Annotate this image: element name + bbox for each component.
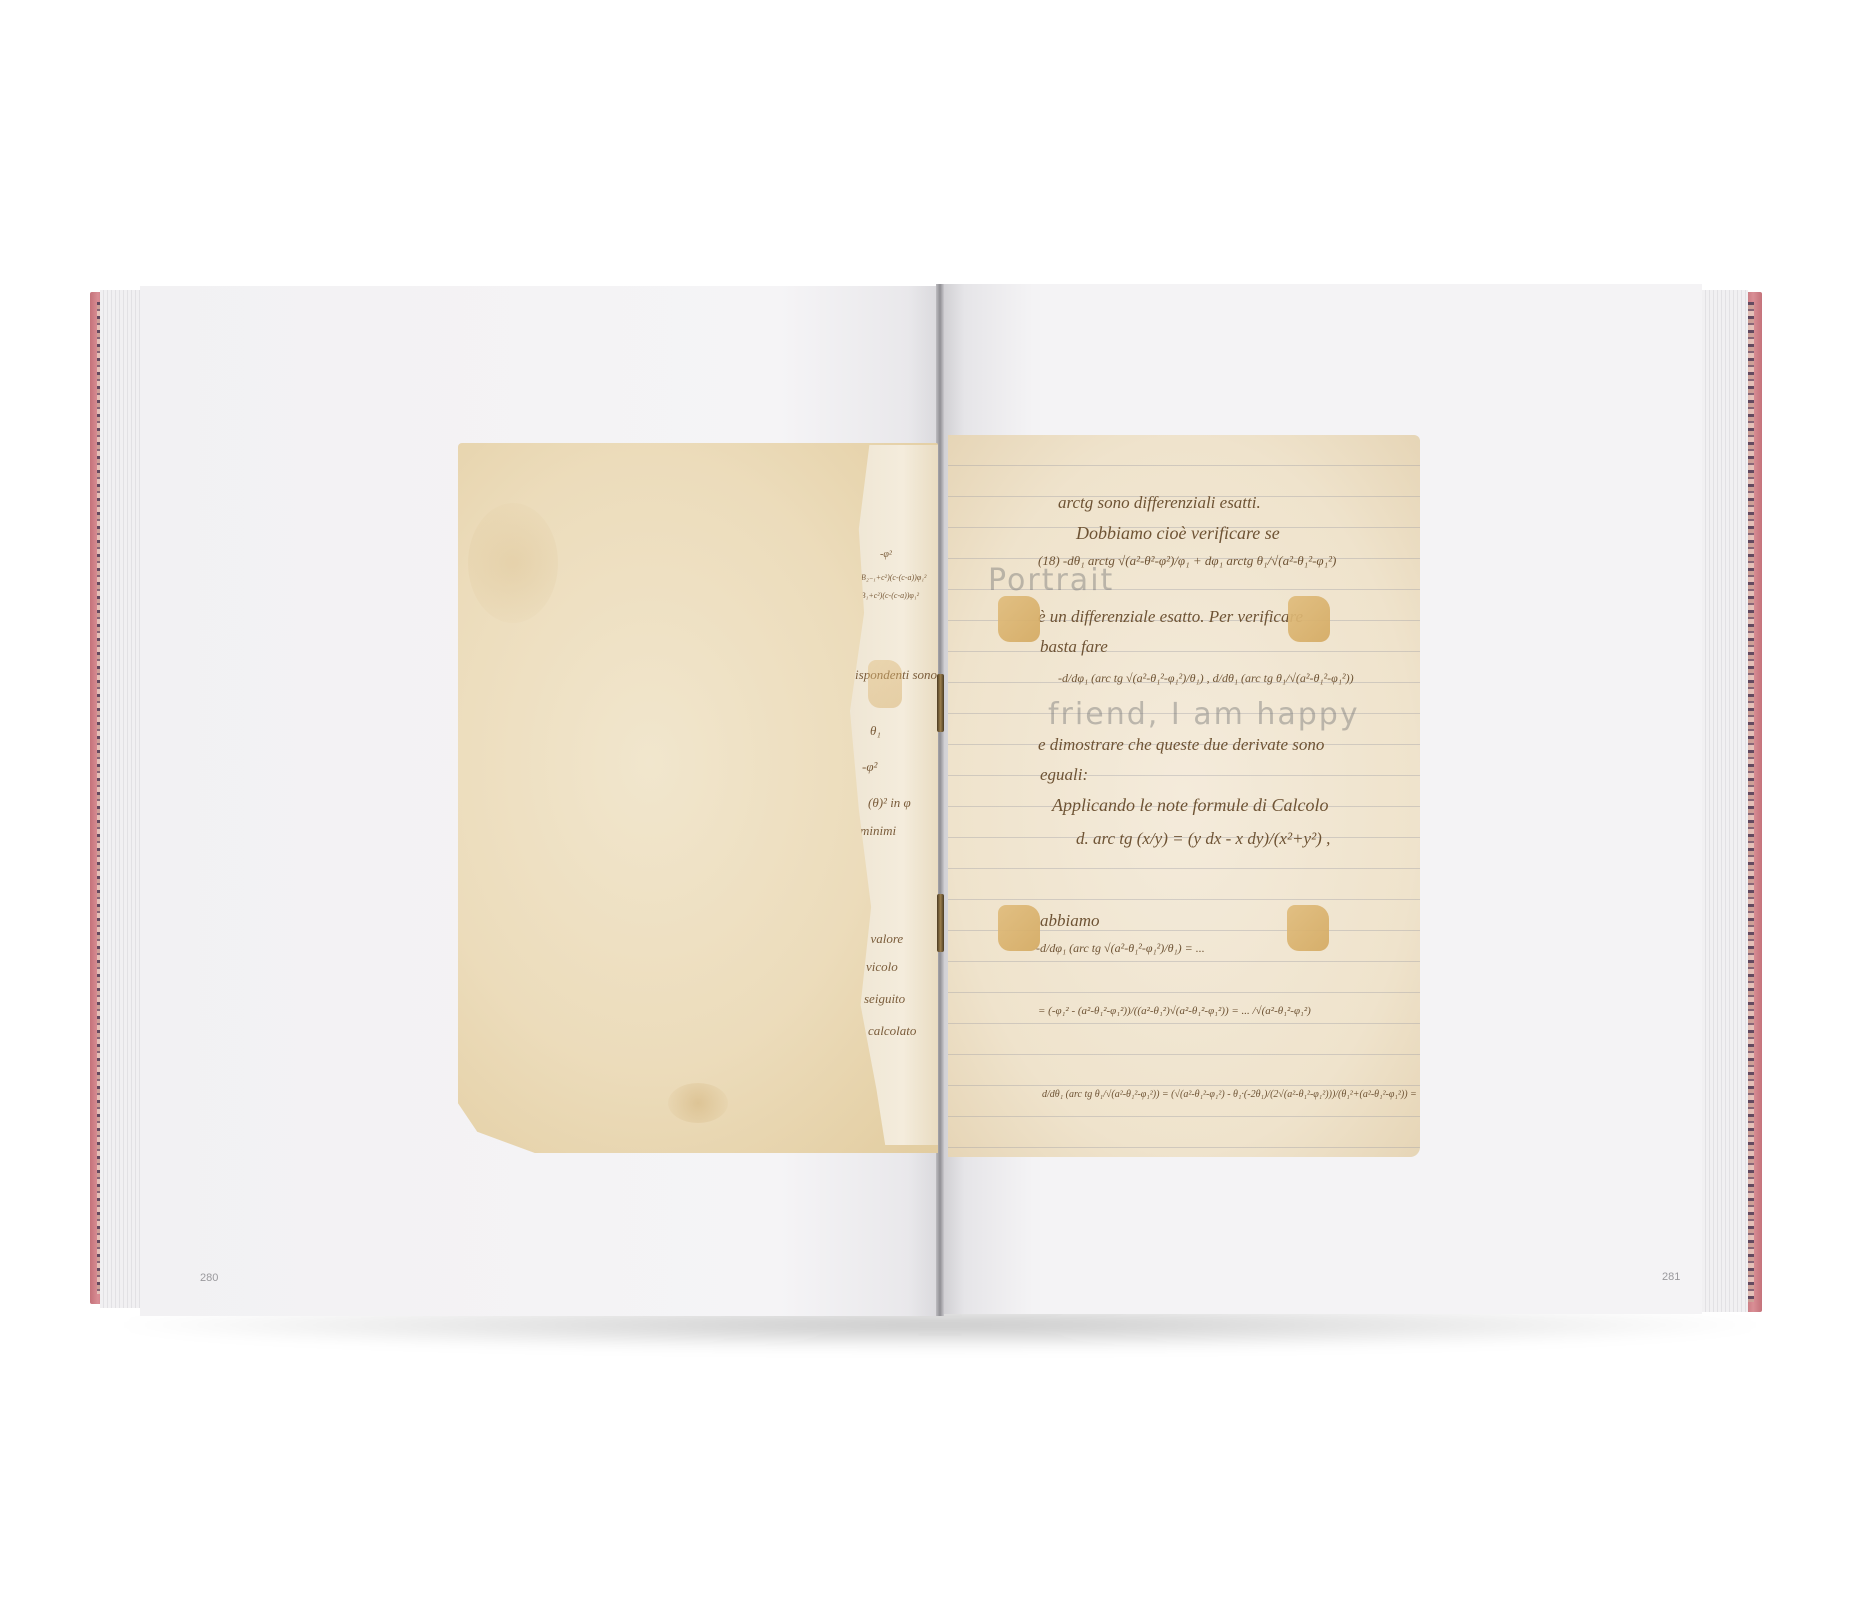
- fragment-text: minimi: [860, 823, 896, 839]
- handwriting-line: eguali:: [1040, 765, 1088, 785]
- page-number-right: 281: [1662, 1271, 1680, 1283]
- handwriting-line: basta fare: [1040, 637, 1108, 657]
- marbled-endpaper-right: [1748, 302, 1754, 1302]
- fragment-text: √(B₂₋₁+c²)(c-(c-a))φ₁²: [854, 573, 926, 582]
- tape-piece: [868, 660, 902, 708]
- handwriting-line: è un differenziale esatto. Per verificar…: [1038, 607, 1303, 627]
- handwriting-line: -d/dφ₁ (arc tg √(a²-θ₁²-φ₁²)/θ₁) , d/dθ₁…: [1058, 671, 1354, 686]
- tape-piece: [1287, 905, 1329, 951]
- handwriting-line: arctg sono differenziali esatti.: [1058, 493, 1261, 513]
- fragment-text: vicolo: [866, 959, 898, 975]
- fragment-text: seiguito: [864, 991, 905, 1007]
- handwriting-line: e dimostrare che queste due derivate son…: [1038, 735, 1324, 755]
- staple: [937, 894, 944, 952]
- tape-piece: [1288, 596, 1330, 642]
- handwriting-line: = (-φ₁² - (a²-θ₁²-φ₁²))/((a²-θ₁²)√(a²-θ₁…: [1038, 1005, 1311, 1017]
- fragment-text: -φ²: [862, 759, 877, 775]
- paper-stain: [468, 503, 558, 623]
- fragment-text: θ₁: [870, 723, 881, 739]
- handwriting-line: Applicando le note formule di Calcolo: [1052, 795, 1328, 816]
- handwriting-line: -d/dφ₁ (arc tg √(a²-θ₁²-φ₁²)/θ₁) = ...: [1036, 941, 1205, 956]
- fragment-text: (θ)² in φ: [868, 795, 911, 811]
- manuscript-right-sheet: arctg sono differenziali esatti. Dobbiam…: [948, 435, 1420, 1157]
- pencil-annotation: friend, I am happy: [1048, 697, 1360, 732]
- pencil-annotation: Portrait: [988, 563, 1114, 598]
- handwriting-line: d/dθ₁ (arc tg θ₁/√(a²-θ₁²-φ₁²)) = (√(a²-…: [1042, 1089, 1417, 1100]
- fragment-text: -φ²: [880, 549, 892, 560]
- tape-piece: [998, 596, 1040, 642]
- paper-stain: [668, 1083, 728, 1123]
- fragment-text: 8(B₁+c²)(c-(c-a))φ₁²: [854, 591, 919, 600]
- handwriting-line: d. arc tg (x/y) = (y dx - x dy)/(x²+y²) …: [1076, 829, 1330, 849]
- fragment-text: calcolato: [868, 1023, 916, 1039]
- page-number-left: 280: [200, 1272, 218, 1284]
- handwriting-line: abbiamo: [1040, 911, 1100, 931]
- tape-piece: [998, 905, 1040, 951]
- handwriting-line: Dobbiamo cioè verificare se: [1076, 523, 1280, 544]
- staple: [937, 674, 944, 732]
